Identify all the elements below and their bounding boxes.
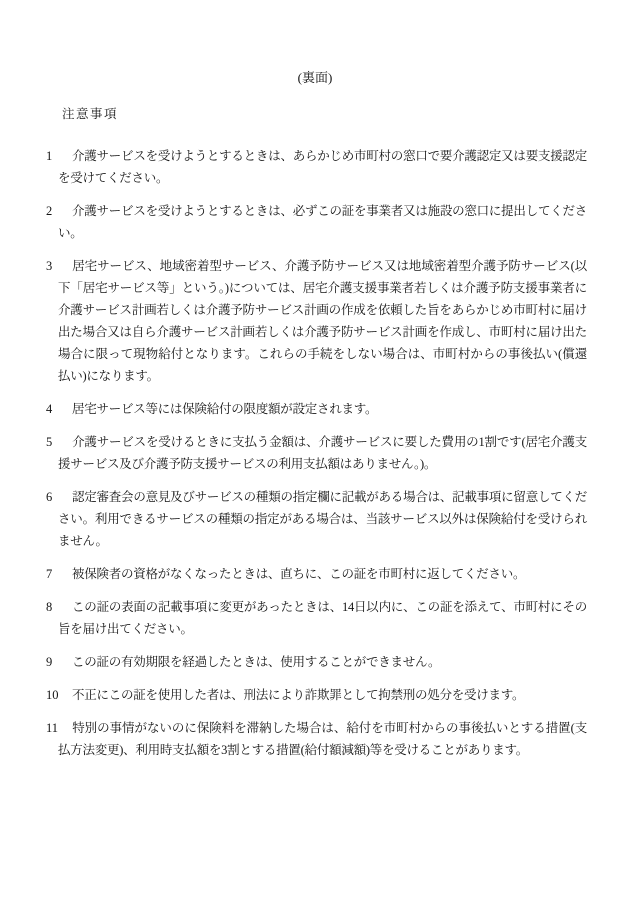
notice-item-8: 8この証の表面の記載事項に変更があったときは、14日以内に、この証を添えて、市町… bbox=[46, 596, 587, 640]
item-number: 8 bbox=[46, 596, 72, 618]
notice-item-2: 2介護サービスを受けようとするときは、必ずこの証を事業者又は施設の窓口に提出して… bbox=[46, 200, 587, 244]
notice-item-3: 3居宅サービス、地域密着型サービス、介護予防サービス又は地域密着型介護予防サービ… bbox=[46, 255, 587, 387]
item-text: 居宅サービス、地域密着型サービス、介護予防サービス又は地域密着型介護予防サービス… bbox=[58, 259, 587, 383]
item-number: 2 bbox=[46, 200, 72, 222]
item-text: 特別の事情がないのに保険料を滞納した場合は、給付を市町村からの事後払いとする措置… bbox=[58, 721, 587, 757]
item-text: 介護サービスを受けようとするときは、あらかじめ市町村の窓口で要介護認定又は要支援… bbox=[58, 149, 587, 185]
item-number: 9 bbox=[46, 651, 72, 673]
item-number: 7 bbox=[46, 563, 72, 585]
notice-item-11: 11特別の事情がないのに保険料を滞納した場合は、給付を市町村からの事後払いとする… bbox=[46, 717, 587, 761]
item-number: 11 bbox=[46, 717, 72, 739]
item-text: 被保険者の資格がなくなったときは、直ちに、この証を市町村に返してください。 bbox=[72, 567, 525, 581]
item-text: 認定審査会の意見及びサービスの種類の指定欄に記載がある場合は、記載事項に留意して… bbox=[58, 490, 587, 548]
item-text: 介護サービスを受けようとするときは、必ずこの証を事業者又は施設の窓口に提出してく… bbox=[58, 204, 587, 240]
notice-item-1: 1介護サービスを受けようとするときは、あらかじめ市町村の窓口で要介護認定又は要支… bbox=[46, 145, 587, 189]
item-number: 6 bbox=[46, 486, 72, 508]
item-number: 1 bbox=[46, 145, 72, 167]
side-label: (裏面) bbox=[0, 67, 630, 89]
notes-heading: 注意事項 bbox=[62, 103, 630, 125]
notice-item-9: 9この証の有効期限を経過したときは、使用することができません。 bbox=[46, 651, 587, 673]
item-number: 5 bbox=[46, 431, 72, 453]
document-page: (裏面) 注意事項 1介護サービスを受けようとするときは、あらかじめ市町村の窓口… bbox=[0, 0, 630, 903]
notice-item-10: 10不正にこの証を使用した者は、刑法により詐欺罪として拘禁刑の処分を受けます。 bbox=[46, 684, 587, 706]
item-text: この証の有効期限を経過したときは、使用することができません。 bbox=[72, 655, 440, 669]
item-number: 3 bbox=[46, 255, 72, 277]
notice-item-5: 5介護サービスを受けるときに支払う金額は、介護サービスに要した費用の1割です(居… bbox=[46, 431, 587, 475]
notice-item-6: 6認定審査会の意見及びサービスの種類の指定欄に記載がある場合は、記載事項に留意し… bbox=[46, 486, 587, 552]
document-content: (裏面) 注意事項 1介護サービスを受けようとするときは、あらかじめ市町村の窓口… bbox=[0, 0, 630, 761]
item-text: 不正にこの証を使用した者は、刑法により詐欺罪として拘禁刑の処分を受けます。 bbox=[72, 688, 524, 702]
item-text: この証の表面の記載事項に変更があったときは、14日以内に、この証を添えて、市町村… bbox=[58, 600, 587, 636]
item-number: 4 bbox=[46, 398, 72, 420]
notice-item-4: 4居宅サービス等には保険給付の限度額が設定されます。 bbox=[46, 398, 587, 420]
item-text: 介護サービスを受けるときに支払う金額は、介護サービスに要した費用の1割です(居宅… bbox=[58, 435, 587, 471]
item-number: 10 bbox=[46, 684, 72, 706]
notice-item-7: 7被保険者の資格がなくなったときは、直ちに、この証を市町村に返してください。 bbox=[46, 563, 587, 585]
item-text: 居宅サービス等には保険給付の限度額が設定されます。 bbox=[72, 402, 377, 416]
